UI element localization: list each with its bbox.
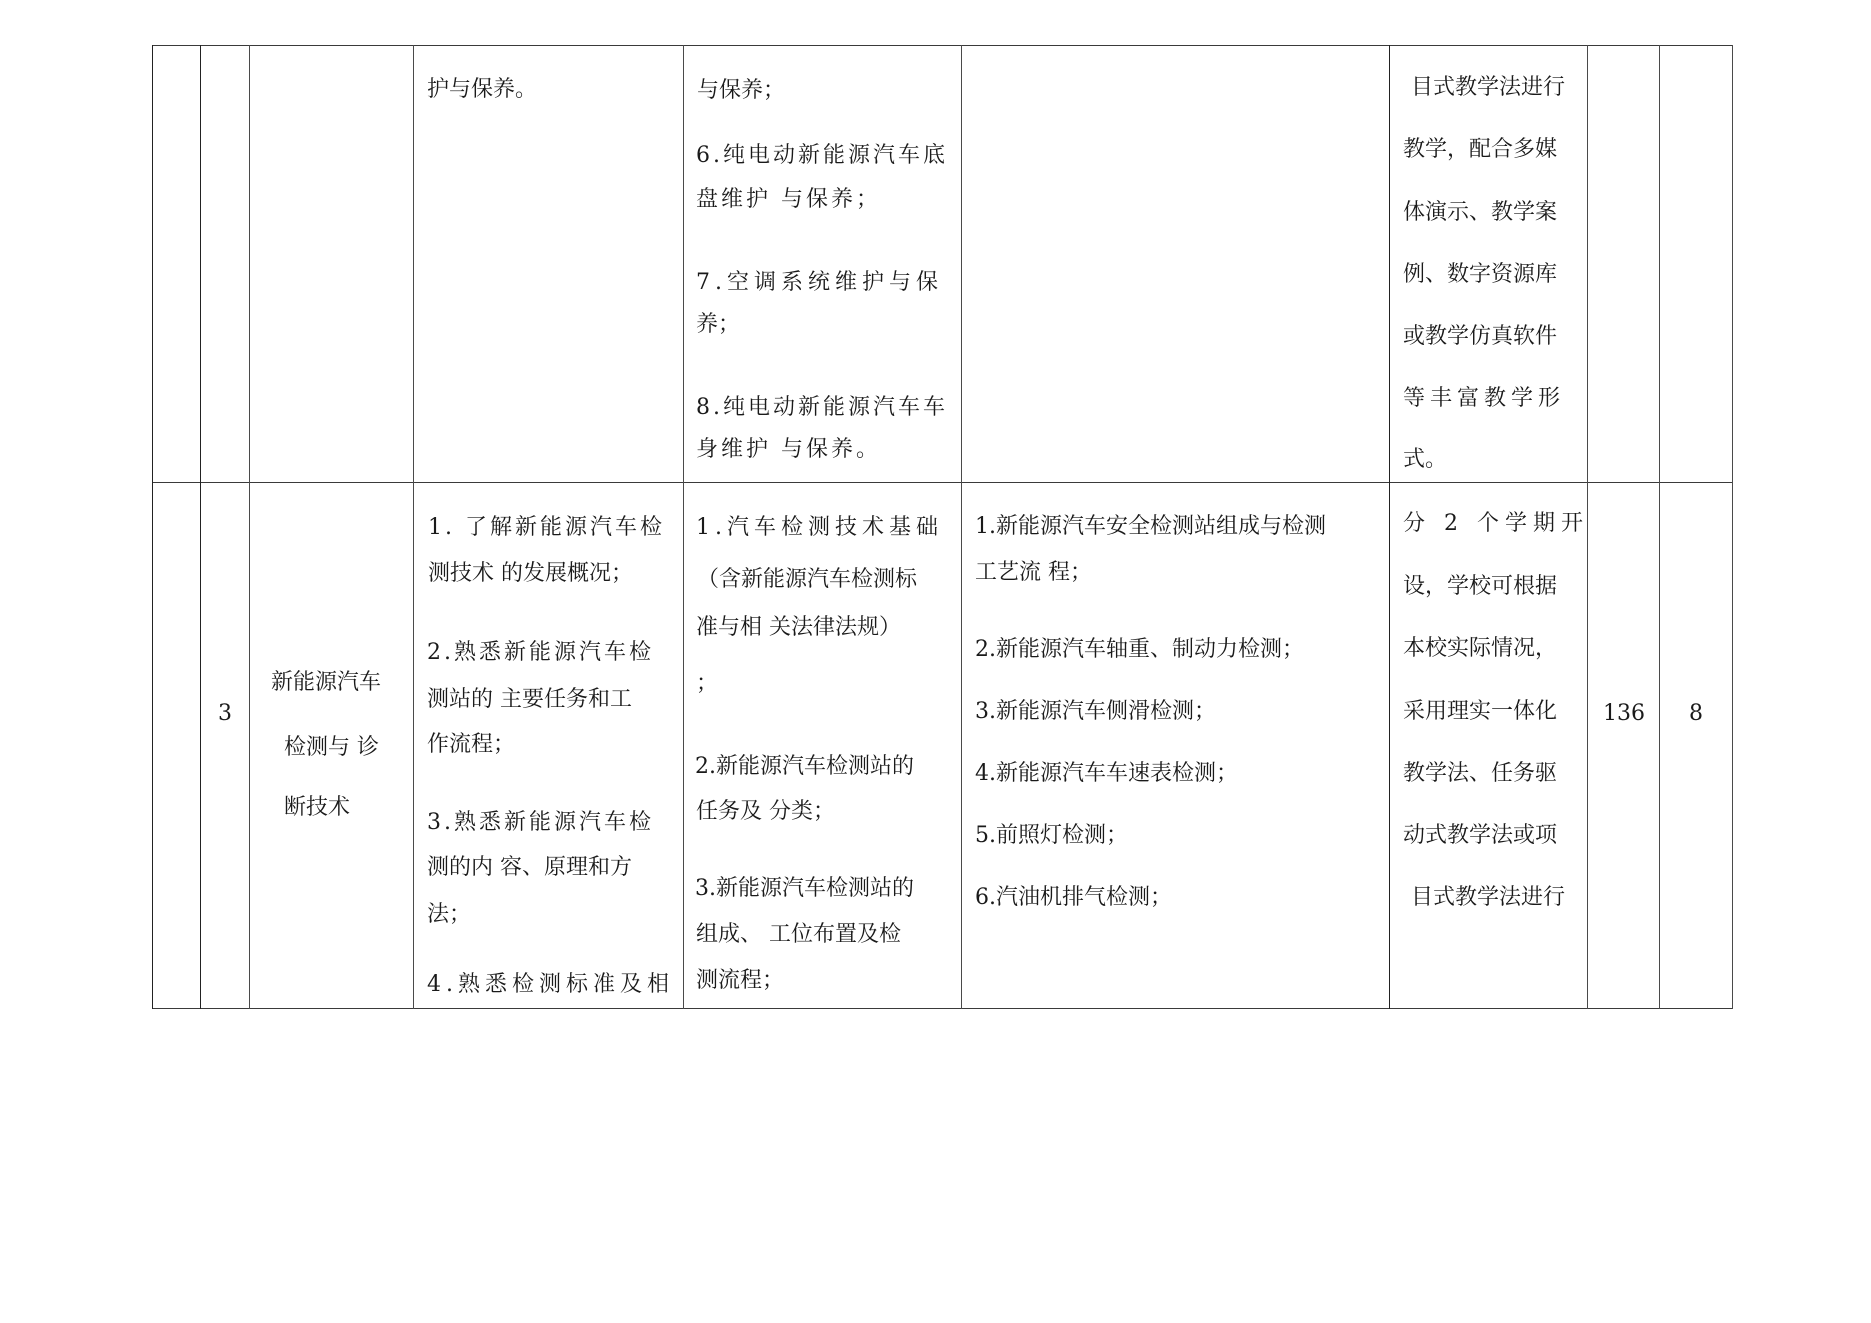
row-divider [152,482,1733,483]
cell-text-line: 教学法、任务驱 [1403,761,1557,787]
cell-text-line: 本校实际情况， [1403,636,1557,662]
col-border-3 [413,45,414,1009]
cell-text-line: 2.熟悉新能源汽车检 [427,640,654,666]
col-border-6 [1389,45,1390,1009]
cell-text-line: 法； [427,902,471,928]
table-top-border [152,45,1733,46]
cell-text-line: 5.前照灯检测； [975,823,1128,849]
col-border-1 [200,45,201,1009]
cell-text-line: 2.新能源汽车轴重、制动力检测； [975,637,1304,663]
course-name-line: 断技术 [284,795,350,821]
table-bottom-border [152,1008,1733,1009]
cell-text-line: 测站的 主要任务和工 [427,687,632,713]
cell-text-line: 等丰富教学形 [1403,386,1565,412]
cell-text-line: 准与相 关法律法规） [696,615,901,641]
col-border-8 [1659,45,1660,1009]
row-index: 3 [218,701,232,727]
cell-text-line: 式。 [1403,447,1447,473]
cell-text-line: 测的内 容、原理和方 [427,855,632,881]
cell-text-line: 1.新能源汽车安全检测站组成与检测 [975,514,1326,540]
cell-text-line: 作流程； [427,732,515,758]
cell-text-line: 例、数字资源库 [1403,262,1557,288]
col-border-0 [152,45,153,1009]
cell-text-line: 养； [696,312,740,338]
cell-text-line: 组成、 工位布置及检 [696,922,901,948]
credits-value: 8 [1689,701,1703,727]
col-border-9 [1732,45,1733,1009]
cell-text-line: 体演示、教学案 [1403,200,1557,226]
cell-text-line: 任务及 分类； [696,799,835,825]
cell-text-line: 6.纯电动新能源汽车底 [696,143,948,169]
cell-text-line: 设，学校可根据 [1403,574,1557,600]
cell-text-line: 测流程； [696,968,784,994]
cell-text-line: 3.新能源汽车侧滑检测； [975,699,1216,725]
cell-text-line: 采用理实一体化 [1403,699,1557,725]
cell-text-line: 或教学仿真软件 [1403,324,1557,350]
cell-text-line: （含新能源汽车检测标 [697,567,917,593]
cell-text-line: 4.熟悉检测标准及相 [427,972,674,998]
document-page: 护与保养。 与保养； 6.纯电动新能源汽车底 盘维护 与保养； 7.空调系统维护… [0,0,1871,1323]
cell-text-line: 盘维护 与保养； [696,187,881,213]
cell-text-line: 目式教学法进行 [1411,885,1565,911]
col-border-2 [249,45,250,1009]
col-border-4 [683,45,684,1009]
cell-text-line: 工艺流 程； [975,560,1092,586]
cell-text-line: 1.汽车检测技术基础 [696,515,943,541]
cell-text-line: 1. 了解新能源汽车检 [428,515,665,541]
cell-text-line: 护与保养。 [427,77,537,103]
cell-text-line: 动式教学法或项 [1403,823,1557,849]
cell-text-line: ； [696,671,718,697]
cell-text-line: 分 2 个学期开 [1403,511,1589,537]
cell-text-line: 目式教学法进行 [1411,75,1565,101]
cell-text-line: 4.新能源汽车车速表检测； [975,761,1238,787]
cell-text-line: 8.纯电动新能源汽车车 [696,395,948,421]
cell-text-line: 3.熟悉新能源汽车检 [427,810,654,836]
cell-text-line: 2.新能源汽车检测站的 [695,754,914,780]
cell-text-line: 教学，配合多媒 [1403,137,1557,163]
cell-text-line: 3.新能源汽车检测站的 [695,876,914,902]
cell-text-line: 身维护 与保养。 [696,437,881,463]
hours-value: 136 [1603,701,1645,727]
cell-text-line: 7.空调系统维护与保 [696,270,943,296]
cell-text-line: 测技术 的发展概况； [428,561,633,587]
course-name-line: 检测与 诊 [284,735,379,761]
cell-text-line: 与保养； [697,78,785,104]
cell-text-line: 6.汽油机排气检测； [975,885,1172,911]
course-name-line: 新能源汽车 [271,670,381,696]
col-border-5 [961,45,962,1009]
